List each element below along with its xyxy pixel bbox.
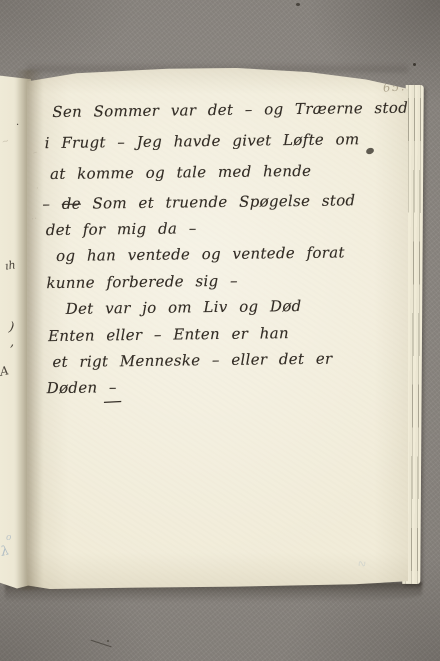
manuscript-line-9: Enten eller – Enten er han <box>48 324 289 345</box>
manuscript-line-7: kunne forberede sig – <box>46 272 238 292</box>
manuscript-line-1: Sen Sommer var det – og Træerne stod <box>52 99 408 121</box>
text-segment: et rigt Menneske – eller det er <box>52 350 332 371</box>
text-segment: kunne forberede sig – <box>46 272 238 292</box>
text-segment: og han ventede og ventede forat <box>56 243 345 265</box>
text-segment: at komme og tale med hende <box>50 162 311 183</box>
text-segment: Enten eller – Enten er han <box>48 324 289 345</box>
manuscript-line-4: – de Som et truende Spøgelse stod <box>42 191 355 213</box>
manuscript-text: Sen Sommer var det – og Træerne stodi Fr… <box>24 66 411 592</box>
text-segment: i Frugt – Jeg havde givet Løfte om <box>45 130 360 152</box>
notebook-page: 65. Sen Sommer var det – og Træerne stod… <box>27 68 408 589</box>
manuscript-line-3: at komme og tale med hende <box>50 162 311 183</box>
text-segment: Det var jo om Liv og Død <box>66 297 302 318</box>
manuscript-line-10: et rigt Menneske – eller det er <box>52 350 332 371</box>
manuscript-line-8: Det var jo om Liv og Død <box>66 297 302 318</box>
pencil-margin-mark: · <box>36 185 39 194</box>
text-segment: Som et truende Spøgelse stod <box>81 191 356 212</box>
speck <box>296 3 300 6</box>
manuscript-line-2: i Frugt – Jeg havde givet Løfte om <box>45 130 360 152</box>
ink-margin-mark: , <box>10 336 14 349</box>
section-end-dash: — <box>102 390 122 413</box>
ink-margin-mark: ıh <box>4 259 16 271</box>
speck <box>413 63 416 66</box>
text-segment: det for mig da – <box>46 219 197 239</box>
ink-margin-mark: · <box>16 121 19 131</box>
blue-margin-mark: o <box>6 534 11 543</box>
text-segment: Sen Sommer var det – og Træerne stod <box>52 99 408 121</box>
manuscript-line-6: og han ventede og ventede forat <box>56 243 345 265</box>
manuscript-photo: 65. Sen Sommer var det – og Træerne stod… <box>0 0 440 661</box>
speck <box>107 640 109 642</box>
gutter-shadow <box>15 70 43 590</box>
pencil-margin-mark: ‥ <box>30 213 37 223</box>
manuscript-line-5: det for mig da – <box>46 219 197 239</box>
text-segment: – <box>42 195 62 213</box>
struck-word: de <box>62 195 81 213</box>
